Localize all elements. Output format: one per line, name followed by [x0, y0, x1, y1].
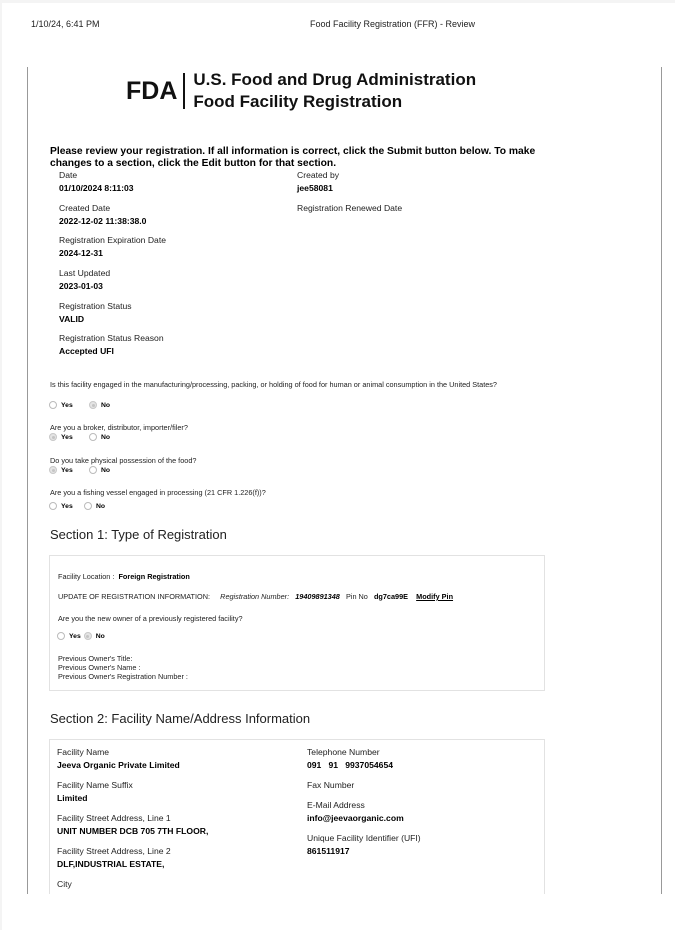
section-1-title: Section 1: Type of Registration: [50, 527, 227, 542]
section-2-box: Facility Name Jeeva Organic Private Limi…: [49, 739, 545, 894]
logo-divider: [183, 73, 185, 109]
street-address-line-1: Facility Street Address, Line 1 UNIT NUM…: [57, 813, 208, 837]
field-registration-status: Registration Status VALID: [59, 301, 132, 325]
radio-group-fishing-vessel: Yes No: [49, 502, 105, 510]
radio-yes[interactable]: [49, 466, 57, 474]
field-renewed-date: Registration Renewed Date: [297, 203, 402, 216]
field-status-reason: Registration Status Reason Accepted UFI: [59, 333, 164, 357]
fax-number: Fax Number: [307, 780, 354, 791]
field-last-updated: Last Updated 2023-01-03: [59, 268, 110, 292]
radio-no[interactable]: [89, 466, 97, 474]
facility-name: Facility Name Jeeva Organic Private Limi…: [57, 747, 180, 771]
prev-owner-title: Previous Owner's Title:: [58, 654, 188, 663]
radio-yes[interactable]: [49, 502, 57, 510]
field-created-date: Created Date 2022-12-02 11:38:38.0: [59, 203, 146, 227]
telephone-number: Telephone Number 091 91 9937054654: [307, 747, 393, 771]
review-instructions: Please review your registration. If all …: [50, 146, 550, 170]
fda-abbr: FDA: [126, 77, 183, 106]
update-registration-info: UPDATE OF REGISTRATION INFORMATION: Regi…: [58, 592, 453, 601]
email-address: E-Mail Address info@jeevaorganic.com: [307, 800, 404, 824]
radio-no[interactable]: [84, 502, 92, 510]
section-2-title: Section 2: Facility Name/Address Informa…: [50, 711, 310, 726]
facility-location: Facility Location : Foreign Registration: [58, 572, 190, 581]
city: City: [57, 879, 72, 890]
radio-group-broker: Yes No: [49, 433, 110, 441]
radio-no[interactable]: [84, 632, 92, 640]
print-document-title: Food Facility Registration (FFR) - Revie…: [310, 19, 475, 29]
radio-group-physical-possession: Yes No: [49, 466, 110, 474]
new-owner-question: Are you the new owner of a previously re…: [58, 614, 243, 623]
prev-owner-reg-number: Previous Owner's Registration Number :: [58, 672, 188, 681]
agency-name: U.S. Food and Drug Administration: [193, 69, 476, 91]
radio-no[interactable]: [89, 433, 97, 441]
prev-owner-name: Previous Owner's Name :: [58, 663, 188, 672]
field-date: Date 01/10/2024 8:11:03: [59, 170, 134, 194]
section-1-box: Facility Location : Foreign Registration…: [49, 555, 545, 691]
registration-number: 19409891348: [295, 592, 340, 601]
field-created-by: Created by jee58081: [297, 170, 339, 194]
question-fishing-vessel: Are you a fishing vessel engaged in proc…: [50, 488, 530, 497]
field-expiration-date: Registration Expiration Date 2024-12-31: [59, 235, 166, 259]
question-us-food-facility: Is this facility engaged in the manufact…: [50, 380, 530, 389]
radio-yes[interactable]: [49, 401, 57, 409]
system-name: Food Facility Registration: [193, 91, 476, 113]
radio-yes[interactable]: [57, 632, 65, 640]
fda-logo: FDA U.S. Food and Drug Administration Fo…: [126, 69, 476, 113]
modify-pin-link[interactable]: Modify Pin: [416, 592, 453, 601]
previous-owner-info: Previous Owner's Title: Previous Owner's…: [58, 654, 188, 681]
radio-no[interactable]: [89, 401, 97, 409]
question-physical-possession: Do you take physical possession of the f…: [50, 456, 530, 465]
radio-group-us-food-facility: Yes No: [49, 401, 110, 409]
street-address-line-2: Facility Street Address, Line 2 DLF,INDU…: [57, 846, 171, 870]
facility-name-suffix: Facility Name Suffix Limited: [57, 780, 133, 804]
print-header: 1/10/24, 6:41 PM Food Facility Registrat…: [0, 19, 675, 33]
question-broker: Are you a broker, distributor, importer/…: [50, 423, 530, 432]
unique-facility-identifier: Unique Facility Identifier (UFI) 8615119…: [307, 833, 421, 857]
print-timestamp: 1/10/24, 6:41 PM: [31, 19, 100, 29]
radio-group-new-owner: Yes No: [57, 632, 105, 640]
pin-number: dg7ca99E: [374, 592, 408, 601]
radio-yes[interactable]: [49, 433, 57, 441]
